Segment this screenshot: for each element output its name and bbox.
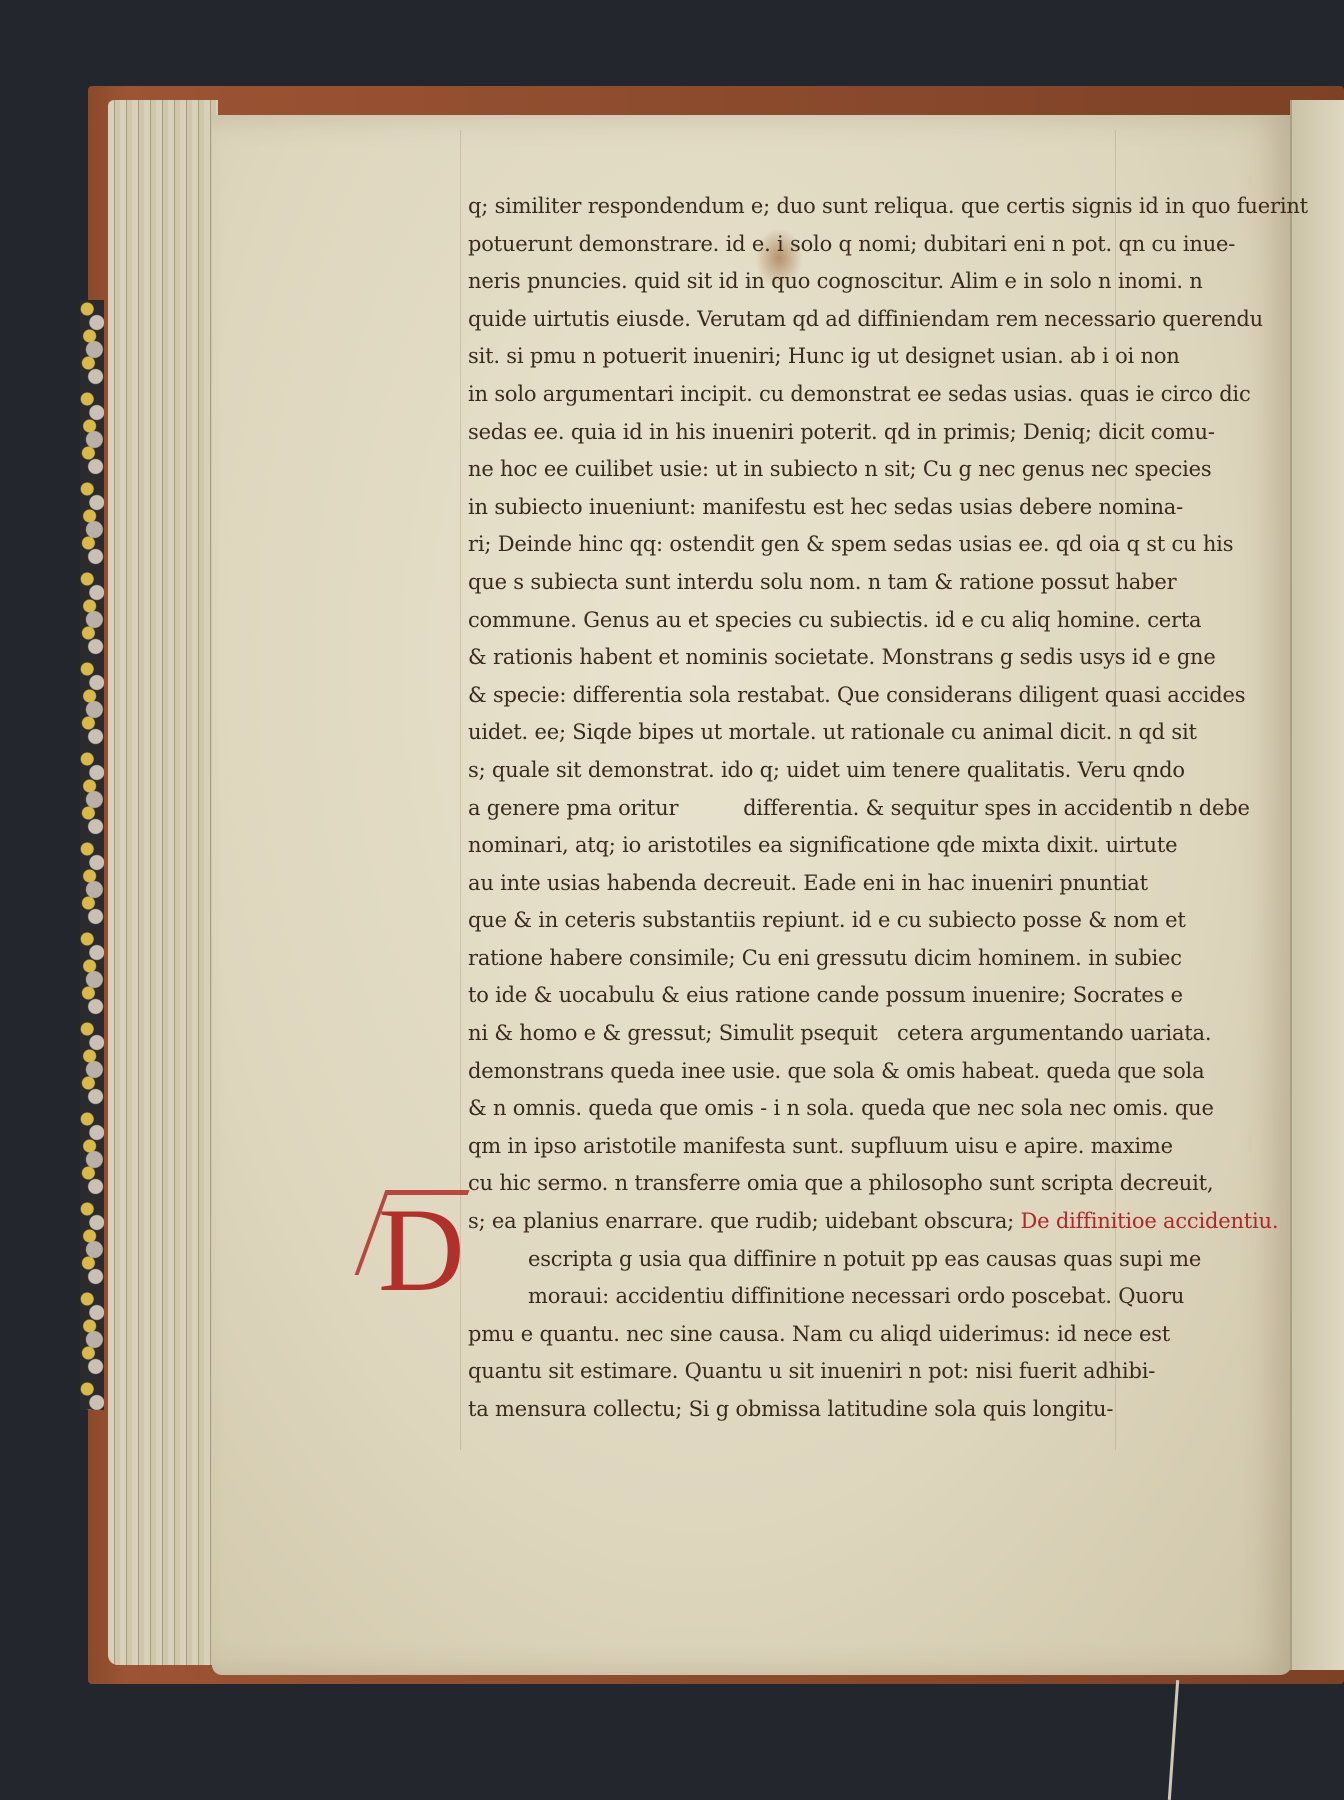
text-line: ta mensura collectu; Si g obmissa latitu… xyxy=(468,1391,1228,1429)
text-line: que & in ceteris substantiis repiunt. id… xyxy=(468,902,1228,940)
text-line: ni & homo e & gressut; Simulit psequit c… xyxy=(468,1015,1228,1053)
bookmark-string xyxy=(1168,1680,1179,1800)
text-line: & n omnis. queda que omis - i n sola. qu… xyxy=(468,1090,1228,1128)
text-block: q; similiter respondendum e; duo sunt re… xyxy=(468,188,1228,1429)
text-line-with-rubric: s; ea planius enarrare. que rudib; uideb… xyxy=(468,1203,1228,1241)
text-line: quantu sit estimare. Quantu u sit inueni… xyxy=(468,1353,1228,1391)
text-line: moraui: accidentiu diffinitione necessar… xyxy=(468,1278,1228,1316)
rubric-heading: De diffinitioe accidentiu. xyxy=(1021,1209,1279,1233)
text-line: demonstrans queda inee usie. que sola & … xyxy=(468,1053,1228,1091)
text-line: neris pnuncies. quid sit id in quo cogno… xyxy=(468,263,1228,301)
text-line: pmu e quantu. nec sine causa. Nam cu ali… xyxy=(468,1316,1228,1354)
text-line: potuerunt demonstrare. id e. i solo q no… xyxy=(468,226,1228,264)
decorated-initial: D xyxy=(378,1190,465,1310)
text-line: escripta g usia qua diffinire n potuit p… xyxy=(468,1241,1228,1279)
text-line: ne hoc ee cuilibet usie: ut in subiecto … xyxy=(468,451,1228,489)
text-line: quide uirtutis eiusde. Verutam qd ad dif… xyxy=(468,301,1228,339)
text-line: to ide & uocabulu & eius ratione cande p… xyxy=(468,977,1228,1015)
text-line: commune. Genus au et species cu subiecti… xyxy=(468,602,1228,640)
text-line: & specie: differentia sola restabat. Que… xyxy=(468,677,1228,715)
text-line: que s subiecta sunt interdu solu nom. n … xyxy=(468,564,1228,602)
text-line: in solo argumentari incipit. cu demonstr… xyxy=(468,376,1228,414)
facing-page-edge xyxy=(1290,100,1344,1670)
text-line: ri; Deinde hinc qq: ostendit gen & spem … xyxy=(468,526,1228,564)
text-line: s; quale sit demonstrat. ido q; uidet ui… xyxy=(468,752,1228,790)
text-line: uidet. ee; Siqde bipes ut mortale. ut ra… xyxy=(468,714,1228,752)
text-line: sedas ee. quia id in his inueniri poteri… xyxy=(468,414,1228,452)
text-line: a genere pma oritur differentia. & sequi… xyxy=(468,790,1228,828)
text-line: s; ea planius enarrare. que rudib; uideb… xyxy=(468,1209,1014,1233)
text-line: au inte usias habenda decreuit. Eade eni… xyxy=(468,865,1228,903)
text-line: cu hic sermo. n transferre omia que a ph… xyxy=(468,1165,1228,1203)
text-line: q; similiter respondendum e; duo sunt re… xyxy=(468,188,1228,226)
text-line: sit. si pmu n potuerit inueniri; Hunc ig… xyxy=(468,338,1228,376)
text-line: ratione habere consimile; Cu eni gressut… xyxy=(468,940,1228,978)
text-line: qm in ipso aristotile manifesta sunt. su… xyxy=(468,1128,1228,1166)
text-line: nominari, atq; io aristotiles ea signifi… xyxy=(468,827,1228,865)
text-line: in subiecto inueniunt: manifestu est hec… xyxy=(468,489,1228,527)
text-line: & rationis habent et nominis societate. … xyxy=(468,639,1228,677)
page-edges-stack xyxy=(108,100,218,1665)
marbled-endpaper xyxy=(80,300,104,1410)
